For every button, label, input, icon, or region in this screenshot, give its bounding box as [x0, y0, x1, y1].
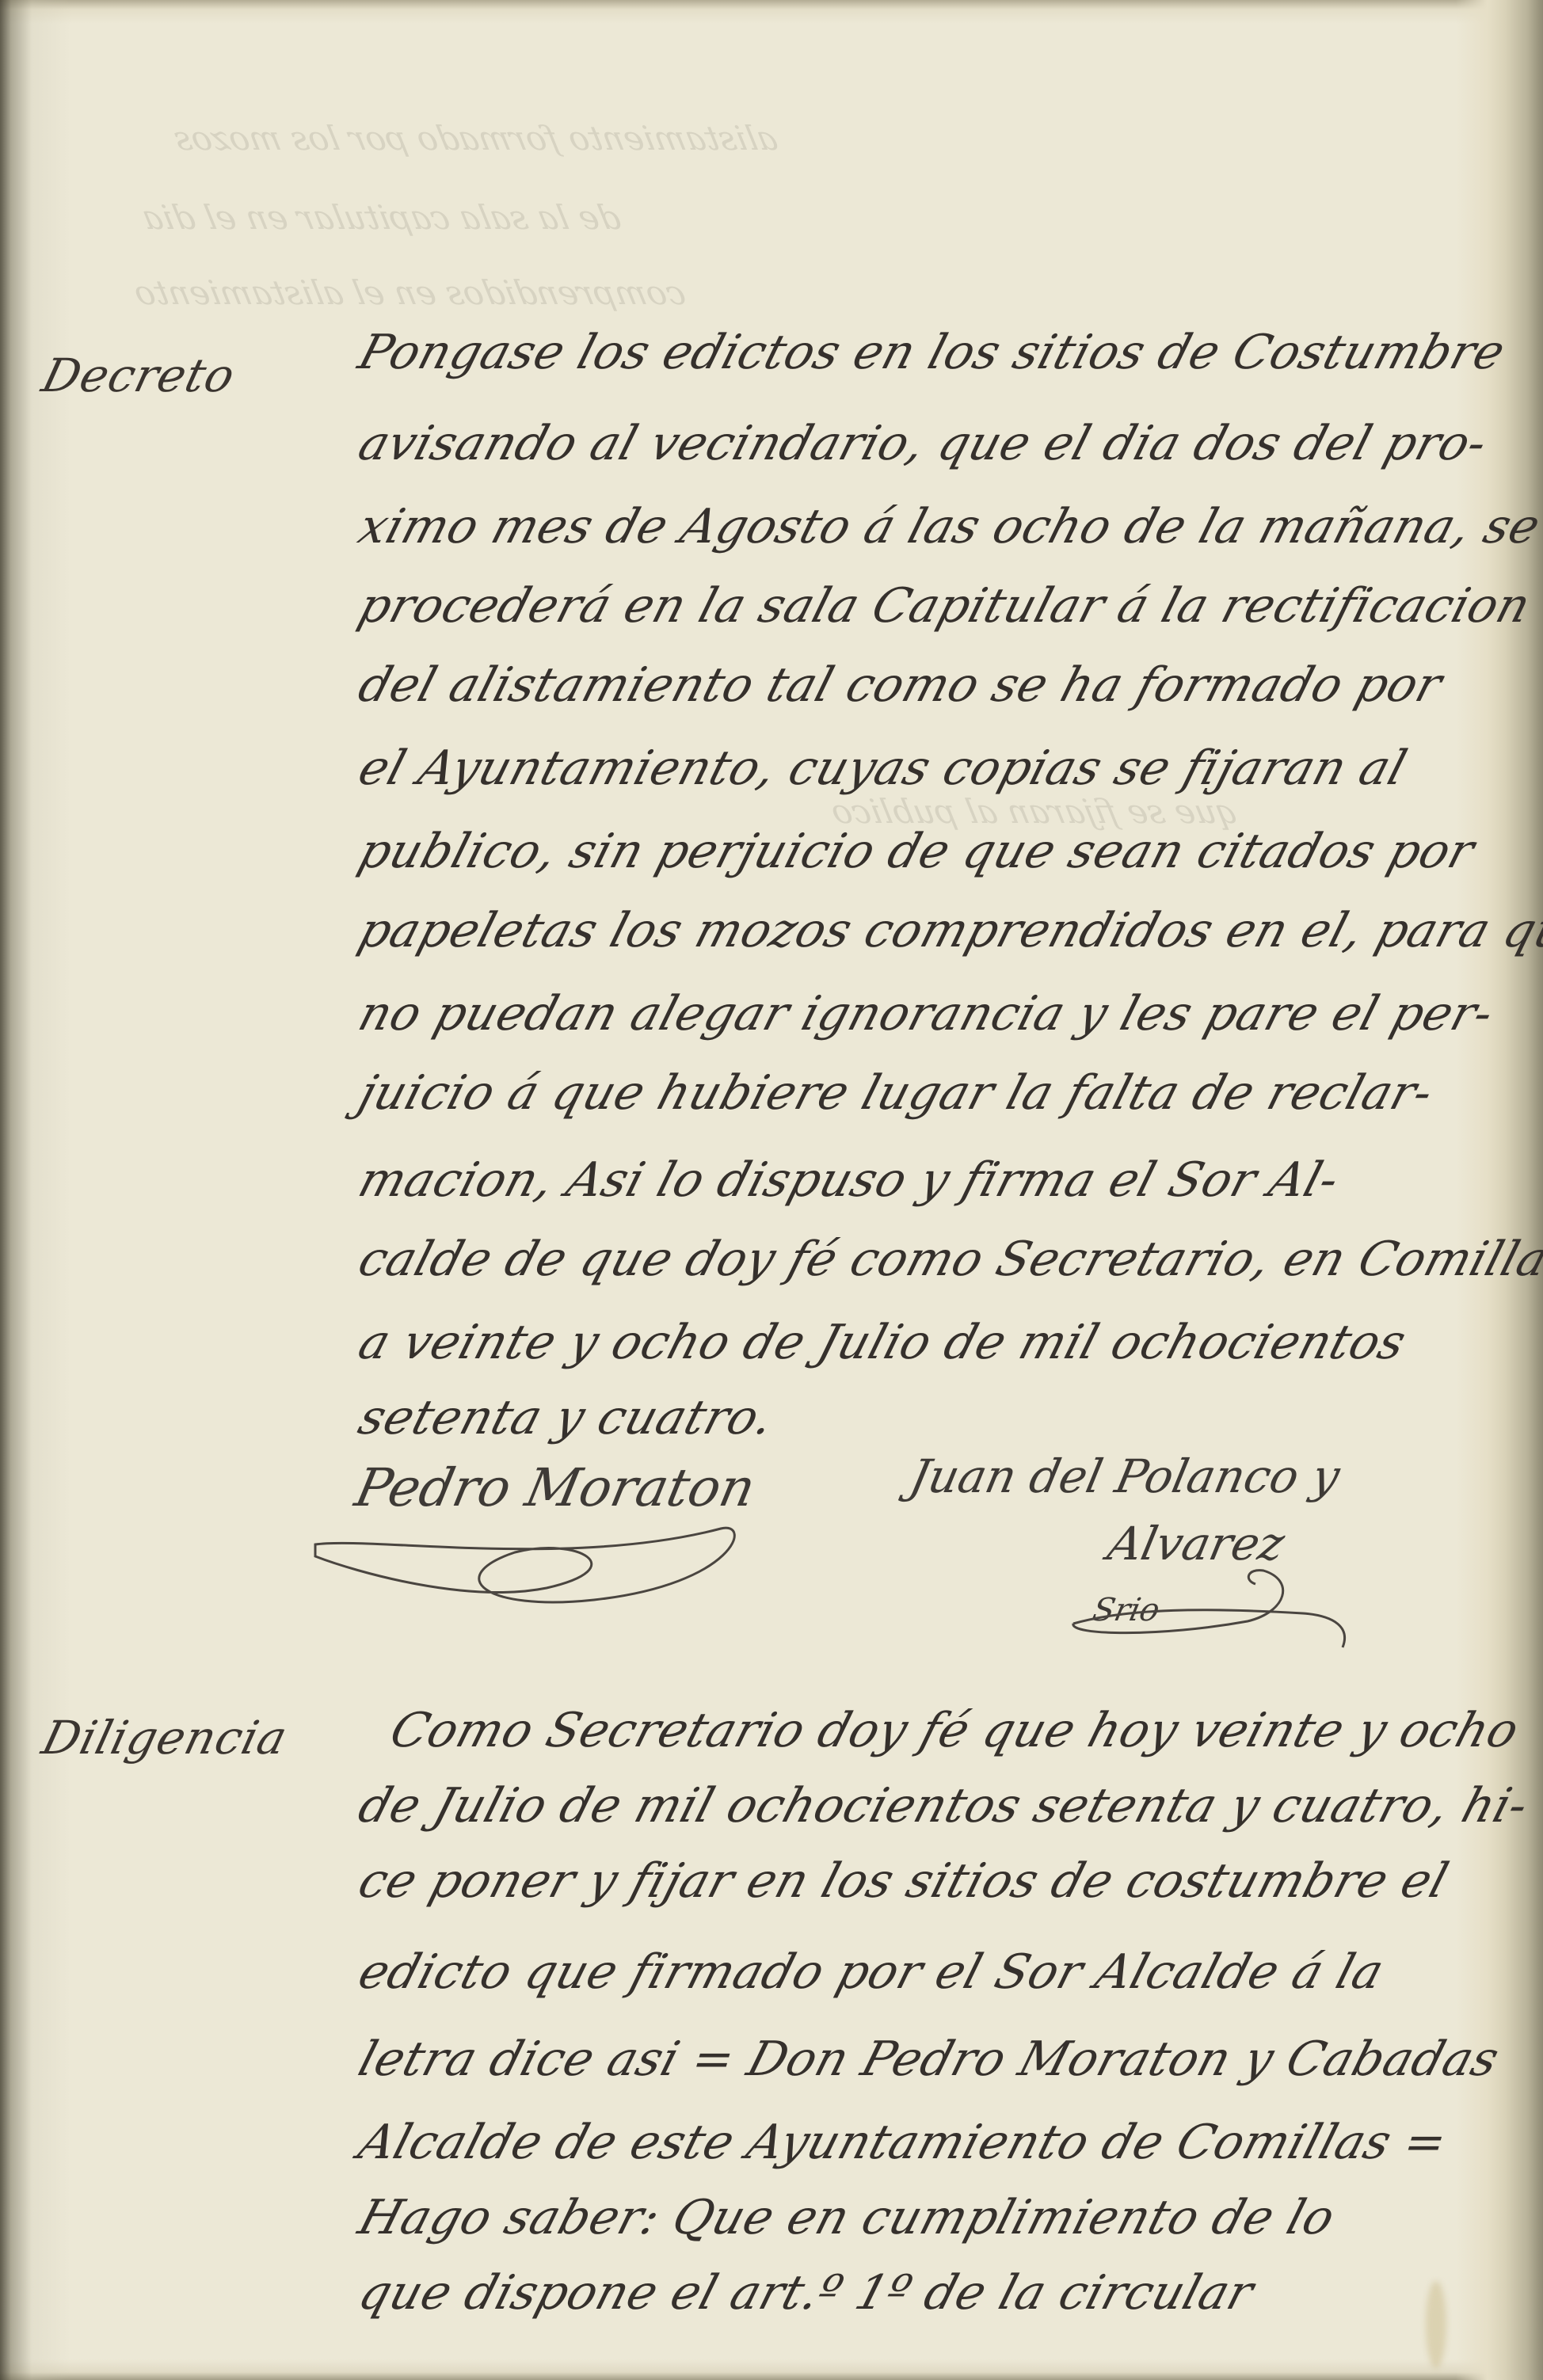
decreto-line: papeletas los mozos comprendidos en el, … — [352, 903, 1509, 958]
water-stain — [1426, 2281, 1446, 2368]
diligencia-line: Como Secretario doy fé que hoy veinte y … — [384, 1703, 1541, 1758]
diligencia-line: Alcalde de este Ayuntamiento de Comillas… — [352, 2115, 1509, 2170]
decreto-line: a veinte y ocho de Julio de mil ochocien… — [352, 1315, 1509, 1370]
signature-alvarez: Alvarez — [1103, 1517, 1290, 1571]
decreto-line: procederá en la sala Capitular á la rect… — [352, 578, 1509, 634]
decreto-line: ximo mes de Agosto á las ocho de la maña… — [352, 499, 1509, 554]
bleed-through-text: alistamiento formado por los mozos — [170, 119, 781, 158]
decreto-line: setenta y cuatro. — [352, 1390, 1509, 1445]
decreto-line: Pongase los edictos en los sitios de Cos… — [352, 325, 1509, 380]
diligencia-line: ce poner y fijar en los sitios de costum… — [352, 1853, 1509, 1909]
decreto-line: publico, sin perjuicio de que sean citad… — [352, 824, 1509, 879]
decreto-line: juicio á que hubiere lugar la falta de r… — [352, 1065, 1509, 1121]
bleed-through-text: comprendidos en el alistamiento — [131, 273, 689, 312]
decreto-line: del alistamiento tal como se ha formado … — [352, 657, 1509, 713]
manuscript-page: alistamiento formado por los mozos de la… — [0, 0, 1543, 2380]
diligencia-line: que dispone el art.º 1º de la circular — [352, 2265, 1509, 2321]
diligencia-margin-label: Diligencia — [37, 1711, 294, 1765]
diligencia-line: de Julio de mil ochocientos setenta y cu… — [352, 1778, 1509, 1834]
signature-pedro-moraton: Pedro Moraton — [350, 1457, 760, 1518]
diligencia-line: Hago saber: Que en cumplimiento de lo — [352, 2190, 1509, 2245]
diligencia-line: edicto que firmado por el Sor Alcalde á … — [352, 1944, 1509, 2000]
decreto-margin-label: Decreto — [37, 348, 242, 402]
decreto-line: macion, Asi lo dispuso y firma el Sor Al… — [352, 1152, 1509, 1208]
signature-juan-polanco: Juan del Polanco y — [905, 1449, 1345, 1503]
decreto-line: el Ayuntamiento, cuyas copias se fijaran… — [352, 741, 1509, 796]
decreto-line: avisando al vecindario, que el dia dos d… — [352, 416, 1509, 471]
bleed-through-text: de la sala capitular en el dia — [139, 198, 624, 237]
secretary-flourish-icon — [1065, 1564, 1358, 1651]
decreto-line: no puedan alegar ignorancia y les pare e… — [352, 986, 1509, 1041]
decreto-line: calde de que doy fé como Secretario, en … — [352, 1232, 1509, 1287]
diligencia-line: letra dice asi = Don Pedro Moraton y Cab… — [352, 2032, 1509, 2087]
signature-flourish-icon — [309, 1513, 800, 1624]
